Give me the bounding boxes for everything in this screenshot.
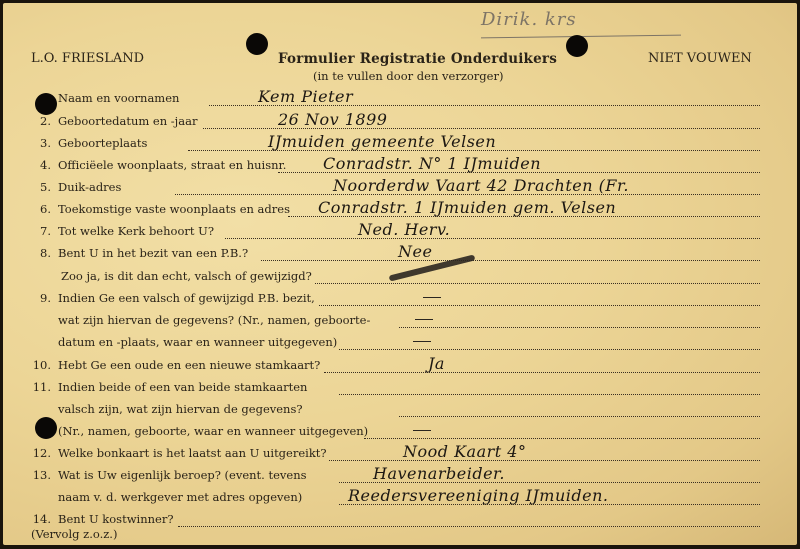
field-number: 8. bbox=[31, 246, 51, 260]
form-field-row: valsch zijn, wat zijn hiervan de gegeven… bbox=[3, 402, 797, 423]
handwritten-entry: Conradstr. N° 1 IJmuiden bbox=[323, 154, 541, 173]
field-label: Indien beide of een van beide stamkaarte… bbox=[58, 380, 307, 394]
field-label: datum en -plaats, waar en wanneer uitgeg… bbox=[58, 335, 337, 349]
field-label: wat zijn hiervan de gegevens? (Nr., name… bbox=[58, 313, 370, 327]
handwritten-entry: Conradstr. 1 IJmuiden gem. Velsen bbox=[318, 198, 616, 217]
fill-in-line bbox=[225, 238, 760, 239]
field-label: Toekomstige vaste woonplaats en adres bbox=[58, 202, 290, 216]
field-label: Naam en voornamen bbox=[58, 91, 179, 105]
field-label: naam v. d. werkgever met adres opgeven) bbox=[58, 490, 302, 504]
form-field-row: datum en -plaats, waar en wanneer uitgeg… bbox=[3, 335, 797, 356]
field-number: 14. bbox=[31, 512, 51, 526]
field-number: 2. bbox=[31, 114, 51, 128]
field-label: Geboorteplaats bbox=[58, 136, 147, 150]
form-field-row: Naam en voornamenKem Pieter bbox=[3, 91, 797, 112]
field-number: 7. bbox=[31, 224, 51, 238]
handwritten-entry: Ned. Herv. bbox=[358, 220, 450, 239]
fill-in-line bbox=[324, 372, 760, 373]
fill-in-line bbox=[399, 327, 760, 328]
handwritten-entry: Nood Kaart 4° bbox=[403, 442, 526, 461]
punch-hole bbox=[246, 33, 268, 55]
handwritten-dash bbox=[413, 430, 431, 431]
form-field-row: wat zijn hiervan de gegevens? (Nr., name… bbox=[3, 313, 797, 334]
field-label: Hebt Ge een oude en een nieuwe stamkaart… bbox=[58, 358, 320, 372]
field-number: 5. bbox=[31, 180, 51, 194]
handwritten-entry: 26 Nov 1899 bbox=[278, 110, 387, 129]
field-label: Duik-adres bbox=[58, 180, 121, 194]
registration-card: L.O. FRIESLAND Formulier Registratie Ond… bbox=[3, 3, 797, 545]
field-label: Welke bonkaart is het laatst aan U uitge… bbox=[58, 446, 327, 460]
handwritten-entry: Kem Pieter bbox=[258, 87, 353, 106]
fill-in-line bbox=[261, 260, 760, 261]
form-field-row: 14.Bent U kostwinner? bbox=[3, 512, 797, 533]
field-label: Wat is Uw eigenlijk beroep? (event. teve… bbox=[58, 468, 307, 482]
field-label: valsch zijn, wat zijn hiervan de gegeven… bbox=[58, 402, 303, 416]
fill-in-line bbox=[329, 460, 760, 461]
handwritten-entry: IJmuiden gemeente Velsen bbox=[268, 132, 496, 151]
handwritten-dash bbox=[415, 319, 433, 320]
field-label: Zoo ja, is dit dan echt, valsch of gewij… bbox=[61, 269, 312, 283]
form-field-row: naam v. d. werkgever met adres opgeven)R… bbox=[3, 490, 797, 511]
form-field-row: (Nr., namen, geboorte, waar en wanneer u… bbox=[3, 424, 797, 445]
handwritten-entry: Ja bbox=[428, 354, 445, 373]
handwritten-dash bbox=[413, 341, 431, 342]
field-label: (Nr., namen, geboorte, waar en wanneer u… bbox=[58, 424, 368, 438]
punch-hole bbox=[566, 35, 588, 57]
form-field-row: 9.Indien Ge een valsch of gewijzigd P.B.… bbox=[3, 291, 797, 312]
form-field-row: 11.Indien beide of een van beide stamkaa… bbox=[3, 380, 797, 401]
do-not-fold-label: NIET VOUWEN bbox=[648, 51, 752, 66]
organization-label: L.O. FRIESLAND bbox=[31, 51, 144, 66]
field-number: 3. bbox=[31, 136, 51, 150]
fill-in-line bbox=[178, 526, 760, 527]
field-number: 11. bbox=[31, 380, 51, 394]
handwritten-entry: Noorderdw Vaart 42 Drachten (Fr. bbox=[333, 176, 629, 195]
fill-in-line bbox=[339, 349, 760, 350]
field-number: 12. bbox=[31, 446, 51, 460]
field-label: Indien Ge een valsch of gewijzigd P.B. b… bbox=[58, 291, 315, 305]
field-number: 9. bbox=[31, 291, 51, 305]
field-label: Geboortedatum en -jaar bbox=[58, 114, 197, 128]
fill-in-line bbox=[399, 416, 760, 417]
handwritten-dash bbox=[423, 297, 441, 298]
fill-in-line bbox=[339, 394, 760, 395]
field-label: Bent U in het bezit van een P.B.? bbox=[58, 246, 248, 260]
handwritten-entry: Havenarbeider. bbox=[373, 464, 505, 483]
form-field-row: 8.Bent U in het bezit van een P.B.?Nee bbox=[3, 246, 797, 267]
handwritten-entry: Nee bbox=[398, 242, 432, 261]
fill-in-line bbox=[315, 283, 760, 284]
field-number: 4. bbox=[31, 158, 51, 172]
field-number: 13. bbox=[31, 468, 51, 482]
fill-in-line bbox=[364, 438, 760, 439]
field-label: Officiëele woonplaats, straat en huisnr. bbox=[58, 158, 286, 172]
field-label: Tot welke Kerk behoort U? bbox=[58, 224, 214, 238]
form-subtitle: (in te vullen door den verzorger) bbox=[313, 69, 503, 83]
handwritten-entry: Reedersvereeniging IJmuiden. bbox=[348, 486, 609, 505]
pencil-annotation: Dirik. krs bbox=[481, 9, 577, 30]
field-number: 6. bbox=[31, 202, 51, 216]
fill-in-line bbox=[319, 305, 760, 306]
continued-note: (Vervolg z.o.z.) bbox=[31, 527, 117, 541]
form-field-row: 10.Hebt Ge een oude en een nieuwe stamka… bbox=[3, 358, 797, 379]
field-label: Bent U kostwinner? bbox=[58, 512, 174, 526]
field-number: 10. bbox=[31, 358, 51, 372]
form-title: Formulier Registratie Onderduikers bbox=[278, 51, 557, 67]
